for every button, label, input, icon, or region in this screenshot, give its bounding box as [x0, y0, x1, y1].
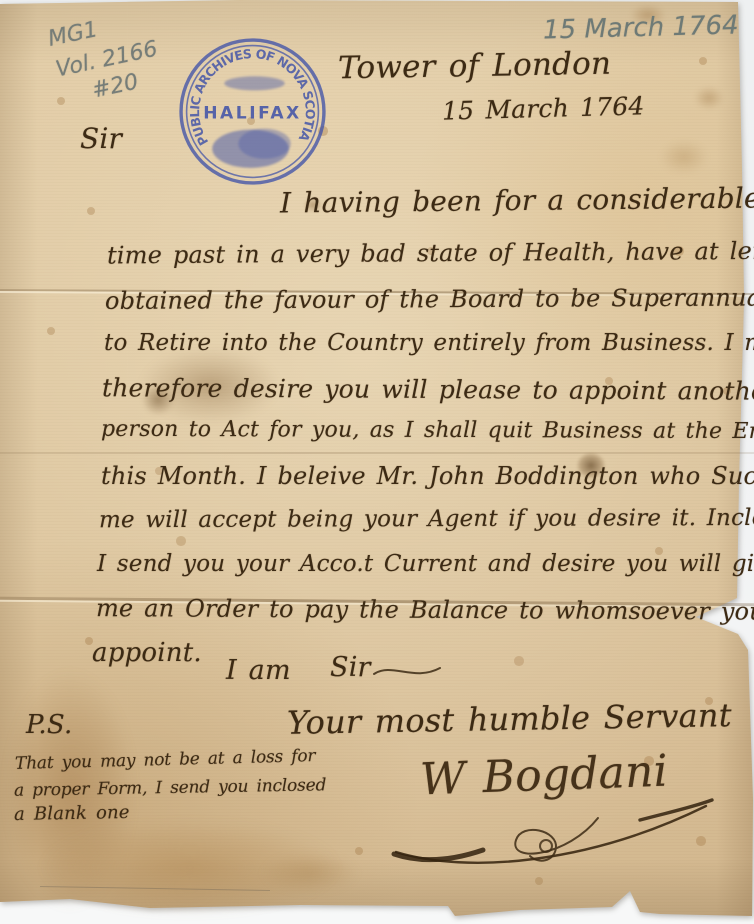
archives-stamp: PUBLIC ARCHIVES OF NOVA SCOTIA HALIFAX — [172, 31, 333, 192]
stamp-graphic: PUBLIC ARCHIVES OF NOVA SCOTIA HALIFAX — [172, 31, 333, 192]
signature-flourish — [388, 788, 718, 870]
body-line: appoint. — [92, 638, 202, 668]
postscript-line: a Blank one — [14, 802, 130, 825]
scanned-letter-page: MG1 Vol. 2166 #20 15 March 1764 PUBLIC A… — [0, 0, 754, 924]
body-line: me will accept being your Agent if you d… — [99, 505, 754, 533]
body-line: I send you your Acco.t Current and desir… — [97, 551, 754, 577]
postscript-label: P.S. — [26, 710, 72, 740]
closing-i-am: I am — [226, 655, 291, 686]
stamp-halifax-text: HALIFAX — [203, 104, 302, 124]
body-line: to Retire into the Country entirely from… — [104, 330, 754, 356]
closing-valediction: Your most humble Servant — [287, 696, 732, 742]
body-line: this Month. I beleive Mr. John Boddingto… — [101, 462, 754, 490]
pencil-date-annotation: 15 March 1764 — [543, 10, 739, 45]
ink-smudge — [224, 76, 284, 90]
letterhead-date: 15 March 1764 — [442, 91, 645, 125]
pen-flourish — [372, 660, 444, 684]
ink-smudge — [238, 129, 290, 159]
salutation: Sir — [80, 122, 122, 155]
body-line: me an Order to pay the Balance to whomso… — [96, 594, 754, 626]
closing-sir: Sir — [330, 652, 371, 683]
body-line: time past in a very bad state of Health,… — [107, 237, 754, 270]
body-line: therefore desire you will please to appo… — [102, 373, 754, 406]
body-line: obtained the favour of the Board to be S… — [105, 283, 754, 315]
body-line: person to Act for you, as I shall quit B… — [101, 417, 754, 444]
letterhead-place: Tower of London — [338, 46, 612, 87]
body-line: I having been for a considerable — [280, 181, 754, 219]
